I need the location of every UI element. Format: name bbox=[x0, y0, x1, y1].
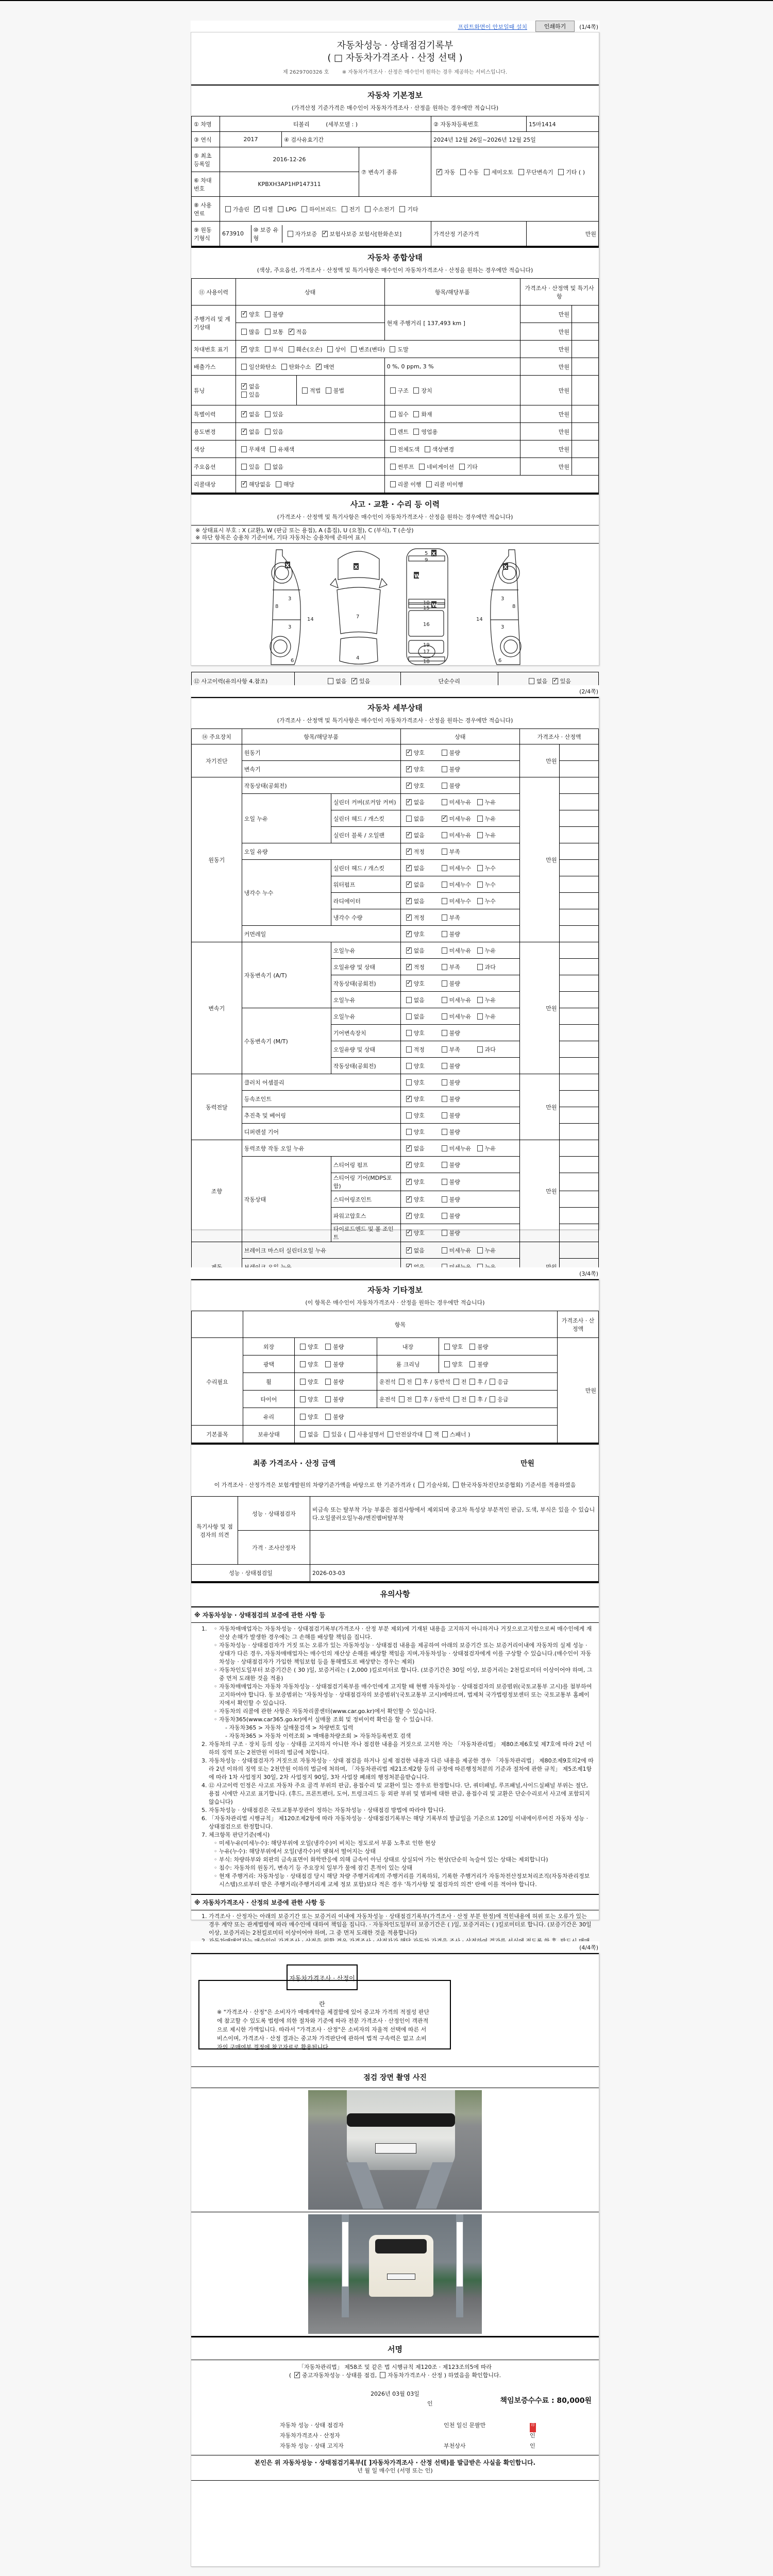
cell bbox=[559, 860, 599, 876]
checkbox[interactable] bbox=[442, 799, 447, 805]
cell: 기어변속장치 bbox=[331, 1025, 400, 1041]
checkbox[interactable] bbox=[322, 231, 328, 237]
checkbox[interactable] bbox=[413, 411, 419, 417]
checkbox[interactable] bbox=[278, 206, 283, 212]
checkbox[interactable] bbox=[406, 766, 412, 772]
checkbox[interactable] bbox=[469, 1396, 475, 1402]
checkbox[interactable] bbox=[325, 1344, 331, 1350]
checkbox[interactable] bbox=[425, 446, 430, 452]
option-label: 없음 bbox=[273, 464, 283, 470]
checkbox[interactable] bbox=[241, 383, 247, 389]
checkbox[interactable] bbox=[477, 832, 483, 838]
option-label: 없음 bbox=[414, 798, 439, 806]
checkbox[interactable] bbox=[477, 816, 483, 822]
checkbox[interactable] bbox=[442, 1046, 447, 1053]
checkbox[interactable] bbox=[406, 980, 412, 987]
checkbox[interactable] bbox=[406, 1179, 412, 1185]
warranty-fee: 책임보증수수료 : 80,000원 bbox=[500, 2395, 592, 2405]
option-label: 자동 bbox=[444, 169, 455, 176]
cell: 만원 bbox=[520, 777, 559, 942]
cell: 침수 화재 bbox=[384, 405, 520, 423]
checkbox[interactable] bbox=[406, 1046, 412, 1053]
checkbox[interactable] bbox=[300, 1431, 306, 1437]
checkbox[interactable] bbox=[406, 1096, 412, 1102]
option-label: 수동 bbox=[468, 169, 479, 176]
option-label: 없음 bbox=[414, 880, 439, 889]
checkbox[interactable] bbox=[328, 678, 333, 684]
cell: ⑧ 사용 연료 bbox=[192, 197, 220, 222]
checkbox[interactable] bbox=[300, 1396, 306, 1402]
checkbox[interactable] bbox=[442, 1213, 447, 1219]
cell bbox=[572, 323, 599, 341]
checkbox[interactable] bbox=[390, 346, 395, 352]
checkbox[interactable] bbox=[442, 832, 447, 838]
checkbox[interactable] bbox=[442, 1030, 447, 1036]
checkbox[interactable] bbox=[442, 1431, 448, 1437]
cell bbox=[559, 794, 599, 810]
cell: 추진축 및 베어링 bbox=[242, 1107, 400, 1124]
checkbox[interactable] bbox=[415, 1396, 421, 1402]
checkbox[interactable] bbox=[265, 464, 271, 470]
checkbox[interactable] bbox=[477, 898, 483, 904]
cell bbox=[559, 1008, 599, 1025]
checkbox[interactable] bbox=[406, 799, 412, 805]
notice-bullet: 현재 주행거리: 자동차성능 · 상태점검 당시 해당 차량 주행거리계의 주행… bbox=[219, 1872, 594, 1889]
checkbox[interactable] bbox=[453, 1396, 459, 1402]
section-note: (색상, 주요옵션, 가격조사 · 산정액 및 특기사항은 매수인이 자동차가격… bbox=[191, 263, 599, 278]
checkbox[interactable] bbox=[469, 1379, 475, 1385]
checkbox[interactable] bbox=[406, 849, 412, 855]
checkbox[interactable] bbox=[225, 206, 231, 212]
cell: 가격산정 기준가격 bbox=[431, 222, 527, 246]
cell: ④ 검사유효기간 bbox=[282, 132, 431, 147]
confirm-paren: ( bbox=[289, 2372, 291, 2379]
checkbox[interactable] bbox=[254, 206, 260, 212]
cell: 있음 없음 bbox=[236, 458, 385, 476]
checkbox[interactable] bbox=[413, 387, 419, 394]
cell: 오일유량 및 상태 bbox=[331, 1041, 400, 1058]
checkbox[interactable] bbox=[406, 898, 412, 904]
checkbox[interactable] bbox=[529, 678, 534, 684]
option-label: 있음 bbox=[359, 678, 370, 685]
checkbox[interactable] bbox=[289, 329, 294, 335]
checkbox[interactable] bbox=[442, 914, 447, 921]
checkbox[interactable] bbox=[442, 1063, 447, 1069]
checkbox[interactable] bbox=[406, 1230, 412, 1236]
cell: 양호 불량 bbox=[295, 1373, 377, 1391]
cell: 변속기 bbox=[192, 942, 242, 1074]
checkbox[interactable] bbox=[399, 1379, 405, 1385]
checkbox[interactable] bbox=[442, 865, 447, 871]
option-label: 불량 bbox=[449, 979, 474, 988]
checkbox[interactable] bbox=[442, 783, 447, 789]
cell: 항목/해당부품 bbox=[384, 279, 520, 306]
checkbox[interactable] bbox=[265, 429, 271, 435]
option-label: 양호 bbox=[414, 1095, 439, 1103]
seal-mark: 인 bbox=[427, 2399, 433, 2408]
checkbox[interactable] bbox=[351, 346, 357, 352]
checkbox[interactable] bbox=[288, 231, 293, 237]
option-label: 리콜 이행 bbox=[398, 481, 422, 488]
svg-text:19: 19 bbox=[423, 642, 430, 648]
checkbox[interactable] bbox=[469, 1344, 475, 1350]
checkbox[interactable] bbox=[406, 1213, 412, 1219]
checkbox[interactable] bbox=[490, 1379, 495, 1385]
print-help-link[interactable]: 프린트화면이 안보일때 설치 bbox=[458, 23, 527, 31]
section-title: 자동차 세부상태 bbox=[191, 698, 599, 713]
confirm-inspection-checkbox[interactable] bbox=[294, 2372, 300, 2378]
option-label: 누유 bbox=[485, 815, 510, 823]
checkbox[interactable] bbox=[442, 1196, 447, 1202]
checkbox[interactable] bbox=[406, 1079, 412, 1086]
option-label: 불량 bbox=[449, 1212, 474, 1220]
cell: 오일 누유 bbox=[242, 794, 331, 843]
option-label: 양호 bbox=[414, 1229, 439, 1237]
checkbox[interactable] bbox=[419, 464, 425, 470]
checkbox[interactable] bbox=[406, 1063, 412, 1069]
doc-number-line: 제 2629700326 호 ※ 자동차가격조사 · 산정은 매수인이 원하는 … bbox=[191, 64, 599, 84]
checkbox[interactable] bbox=[442, 1145, 447, 1151]
checkbox[interactable] bbox=[406, 882, 412, 888]
checkbox[interactable] bbox=[300, 1414, 306, 1420]
notice-item: 「자동차관리법 시행규칙」 제120조제2항에 따라 자동차성능 · 상태점검기… bbox=[209, 1815, 594, 1831]
photo-frame bbox=[191, 2088, 599, 2212]
checkbox[interactable] bbox=[442, 1129, 447, 1135]
cell: 파워고압호스 bbox=[331, 1208, 400, 1224]
svg-text:15: 15 bbox=[423, 605, 430, 611]
page-3: 자동차 기타정보 (이 항목은 매수인이 자동차가격조사 · 산정을 원하는 경… bbox=[191, 1279, 599, 1920]
checkbox[interactable] bbox=[415, 1379, 421, 1385]
page-number: (1/4쪽) bbox=[579, 23, 598, 31]
option-label: 세미오토 bbox=[492, 169, 514, 176]
checkbox[interactable] bbox=[406, 816, 412, 822]
notice-bullet: 자동차의 리콜에 관한 사항은 자동차리콜센터(www.car.go.kr)에서… bbox=[219, 1707, 594, 1716]
basis-checkbox-2[interactable] bbox=[453, 1482, 459, 1488]
option-label: 불량 bbox=[449, 930, 474, 938]
option-label: 없음 bbox=[536, 678, 547, 685]
checkbox[interactable] bbox=[406, 832, 412, 838]
cell: 없음 있음 bbox=[236, 423, 385, 440]
cell: 양호 불량 bbox=[295, 1355, 377, 1373]
checkbox[interactable] bbox=[406, 931, 412, 937]
cell bbox=[572, 440, 599, 458]
checkbox[interactable] bbox=[442, 1112, 447, 1118]
checkbox[interactable] bbox=[406, 1145, 412, 1151]
notice-bullet: 자동차365(www.car365.go.kr)에서 실매물 조회 및 정비이력… bbox=[219, 1716, 594, 1724]
confirm-opt1: 중고자동차성능 · 상태를 점검, bbox=[302, 2372, 377, 2379]
cell: 동력조향 작동 오일 누유 bbox=[242, 1140, 400, 1157]
option-label: 변조(변타) bbox=[359, 346, 385, 353]
option-label: 미세누수 bbox=[449, 880, 474, 889]
checkbox[interactable] bbox=[442, 766, 447, 772]
checkbox[interactable] bbox=[388, 1431, 393, 1437]
cell: 가격조사 · 산정액 및 특기사항 bbox=[520, 279, 599, 306]
cell bbox=[572, 405, 599, 423]
doc-note: ※ 자동차가격조사 · 산정은 매수인이 원하는 경우 제공하는 서비스입니다. bbox=[342, 70, 507, 75]
checkbox[interactable] bbox=[399, 206, 405, 212]
notice-bullet: 부식: 차량하부와 외판의 금속표면이 화학반응에 의해 금속이 아닌 상태로 … bbox=[219, 1856, 594, 1864]
checkbox[interactable] bbox=[325, 1396, 331, 1402]
checkbox[interactable] bbox=[241, 464, 247, 470]
checkbox[interactable] bbox=[390, 481, 396, 487]
cell: 양호불량 bbox=[400, 744, 519, 761]
final-price-section: 최종 가격조사 · 산정 금액 만원 이 가격조사 · 산정가격은 보험개발원의… bbox=[191, 1443, 599, 1496]
checkbox[interactable] bbox=[265, 411, 271, 417]
checkbox[interactable] bbox=[442, 816, 447, 822]
option-label: 불량 bbox=[449, 1029, 474, 1037]
photos-title: 점검 장면 촬영 사진 bbox=[191, 2066, 599, 2088]
checkbox[interactable] bbox=[390, 411, 396, 417]
checkbox[interactable] bbox=[300, 1344, 306, 1350]
inspection-photos bbox=[191, 2088, 599, 2336]
checkbox[interactable] bbox=[442, 947, 447, 954]
checkbox[interactable] bbox=[326, 387, 331, 394]
checkbox[interactable] bbox=[265, 346, 271, 352]
checkbox[interactable] bbox=[518, 169, 524, 175]
checkbox[interactable] bbox=[241, 446, 247, 452]
signer-role: 자동차 성능 · 상태 고지자 bbox=[280, 2442, 344, 2450]
checkbox[interactable] bbox=[442, 1179, 447, 1185]
signer-row: 자동차가격조사 · 산정자 인 bbox=[191, 2431, 599, 2442]
cell bbox=[559, 1140, 599, 1157]
confirm-appraisal-checkbox[interactable] bbox=[380, 2372, 385, 2378]
cell: 현재 주행거리 [ 137,493 km ] bbox=[384, 306, 520, 341]
checkbox[interactable] bbox=[325, 1361, 331, 1367]
checkbox[interactable] bbox=[241, 429, 247, 435]
checkbox[interactable] bbox=[289, 346, 294, 352]
checkbox[interactable] bbox=[351, 678, 357, 684]
cell bbox=[559, 1041, 599, 1058]
checkbox[interactable] bbox=[241, 392, 247, 398]
checkbox[interactable] bbox=[241, 329, 247, 335]
option-label: 불량 bbox=[449, 1078, 474, 1087]
checkbox[interactable] bbox=[442, 931, 447, 937]
checkbox[interactable] bbox=[426, 1431, 431, 1437]
section-note: (이 항목은 매수인이 자동차가격조사 · 산정을 원하는 경우에만 적습니다) bbox=[191, 1295, 599, 1311]
checkbox[interactable] bbox=[406, 1112, 412, 1118]
cell: 없음미세누유누유 bbox=[400, 794, 519, 810]
checkbox[interactable] bbox=[241, 481, 247, 487]
checkbox[interactable] bbox=[477, 799, 483, 805]
checkbox[interactable] bbox=[365, 206, 371, 212]
cell bbox=[559, 1173, 599, 1191]
cell: 클러치 어셈블리 bbox=[242, 1074, 400, 1091]
banner-right bbox=[457, 2222, 463, 2286]
cell: 실린더 헤드 / 개스킷 bbox=[331, 860, 400, 876]
checkbox[interactable] bbox=[265, 311, 271, 317]
checkbox[interactable] bbox=[241, 311, 247, 317]
checkbox[interactable] bbox=[324, 1431, 329, 1437]
checkbox[interactable] bbox=[442, 898, 447, 904]
checkbox[interactable] bbox=[442, 964, 447, 970]
checkbox[interactable] bbox=[241, 364, 247, 370]
checkbox[interactable] bbox=[390, 429, 396, 435]
cell: 티볼리 (세부모델 : ) bbox=[220, 116, 431, 132]
cell: 타이로드엔드 및 볼 조인트 bbox=[331, 1224, 400, 1242]
checkbox[interactable] bbox=[477, 1013, 483, 1020]
checkbox[interactable] bbox=[406, 1162, 412, 1168]
option-label: 없음 bbox=[414, 1144, 439, 1153]
checkbox[interactable] bbox=[459, 464, 465, 470]
option-label: 양호 bbox=[414, 1178, 439, 1186]
option-label: 미세누유 bbox=[449, 946, 474, 955]
cell: 스티어링 기어(MDPS포함) bbox=[331, 1173, 400, 1191]
checkbox[interactable] bbox=[460, 169, 466, 175]
cell bbox=[559, 744, 599, 761]
checkbox[interactable] bbox=[477, 964, 483, 970]
cell: 렌트 영업용 bbox=[384, 423, 520, 440]
checkbox[interactable] bbox=[442, 1247, 447, 1253]
checkbox[interactable] bbox=[442, 849, 447, 855]
checkbox[interactable] bbox=[406, 783, 412, 789]
checkbox[interactable] bbox=[444, 1344, 450, 1350]
checkbox[interactable] bbox=[406, 964, 412, 970]
checkbox[interactable] bbox=[390, 387, 396, 394]
cell: 가격조사 · 산정액 bbox=[520, 729, 599, 744]
checkbox[interactable] bbox=[490, 1396, 495, 1402]
checkbox[interactable] bbox=[406, 1129, 412, 1135]
checkbox[interactable] bbox=[265, 329, 271, 335]
checkbox[interactable] bbox=[442, 1079, 447, 1086]
checkbox[interactable] bbox=[325, 1379, 331, 1385]
checkbox[interactable] bbox=[453, 1379, 459, 1385]
photo-frame bbox=[191, 2212, 599, 2336]
option-label: 없음 bbox=[249, 429, 260, 435]
checkbox[interactable] bbox=[477, 997, 483, 1003]
checkbox[interactable] bbox=[406, 1247, 412, 1253]
notice-item: ⑫ 사고이력 인정은 사고로 자동차 주요 골격 부위의 판금, 용접수리 및 … bbox=[209, 1782, 594, 1806]
svg-text:X: X bbox=[354, 565, 358, 570]
appraiser-opinion bbox=[310, 1531, 599, 1565]
cell: 없음미세누수누수 bbox=[400, 876, 519, 893]
checkbox[interactable] bbox=[442, 750, 447, 756]
checkbox[interactable] bbox=[406, 1013, 412, 1020]
cell: 작동상태(공회전) bbox=[331, 1058, 400, 1074]
legend-line: ※ 하단 항목은 승용차 기준이며, 기타 자동차는 승용차에 준하여 표시 bbox=[195, 534, 595, 541]
cell bbox=[572, 341, 599, 358]
checkbox[interactable] bbox=[442, 1230, 447, 1236]
option-label: 미세누유 bbox=[449, 1144, 474, 1153]
page-3-bar: (3/4쪽) bbox=[191, 1267, 599, 1279]
checkbox[interactable] bbox=[436, 169, 442, 175]
cell: 리콜 이행 리콜 미이행 bbox=[384, 476, 598, 493]
option-label: 화재 bbox=[421, 411, 432, 418]
checkbox[interactable] bbox=[302, 387, 308, 394]
option-label: 양호 bbox=[414, 1161, 439, 1169]
checkbox[interactable] bbox=[390, 464, 396, 470]
option-label: 썬루프 bbox=[398, 464, 414, 470]
cell: 광택 bbox=[243, 1355, 295, 1373]
print-button[interactable]: 인쇄하기 bbox=[535, 21, 575, 32]
checkbox[interactable] bbox=[477, 1046, 483, 1053]
signer-seal: 인 bbox=[530, 2442, 535, 2450]
notice-item: 자동차의 구조 · 장치 등의 성능 · 상태를 고지하지 아니한 자나 점검한… bbox=[209, 1740, 594, 1757]
signers-list: 자동차 성능 · 상태 점검자 인천 일신 문팔만 印 자동차가격조사 · 산정… bbox=[191, 2421, 599, 2452]
cell: 타이어 bbox=[243, 1391, 295, 1408]
checkbox[interactable] bbox=[442, 980, 447, 987]
checkbox[interactable] bbox=[327, 346, 333, 352]
checkbox[interactable] bbox=[406, 1030, 412, 1036]
checkbox[interactable] bbox=[406, 914, 412, 921]
cell: 양호 불량 bbox=[295, 1391, 377, 1408]
checkbox[interactable] bbox=[442, 882, 447, 888]
checkbox[interactable] bbox=[442, 1162, 447, 1168]
page-1-bar: 프린트화면이 안보일때 설치 인쇄하기 (1/4쪽) bbox=[191, 21, 599, 32]
option-label: 불량 bbox=[449, 1229, 474, 1237]
checkbox[interactable] bbox=[270, 446, 276, 452]
checkbox[interactable] bbox=[342, 206, 347, 212]
cell bbox=[559, 1107, 599, 1124]
checkbox[interactable] bbox=[444, 1361, 450, 1367]
cell: 많음 보통 적음 bbox=[236, 323, 385, 341]
checkbox[interactable] bbox=[413, 429, 419, 435]
cell: 커먼레일 bbox=[242, 926, 400, 942]
cell: 673910⑩ 보증 유형자가보증 보험사보증 보험사[한화손보] bbox=[220, 222, 431, 246]
checkbox[interactable] bbox=[349, 1431, 355, 1437]
option-label: 없음 bbox=[335, 678, 346, 685]
checkbox[interactable] bbox=[406, 947, 412, 954]
cell: 양호불량 bbox=[400, 1124, 519, 1140]
cell bbox=[559, 1157, 599, 1173]
option-label: 누유 bbox=[485, 996, 510, 1004]
checkbox[interactable] bbox=[484, 169, 490, 175]
svg-text:14: 14 bbox=[307, 617, 314, 622]
checkbox[interactable] bbox=[552, 678, 558, 684]
cell: 없음미세누유누유 bbox=[400, 810, 519, 827]
checkbox[interactable] bbox=[406, 865, 412, 871]
checkbox[interactable] bbox=[406, 997, 412, 1003]
notice-bullet: 침수: 자동차의 원동기, 변속기 등 주요장치 일부가 물에 잠긴 흔적이 있… bbox=[219, 1864, 594, 1872]
checkbox[interactable] bbox=[300, 1361, 306, 1367]
svg-text:X: X bbox=[503, 565, 508, 570]
checkbox[interactable] bbox=[477, 1247, 483, 1253]
checkbox[interactable] bbox=[477, 882, 483, 888]
checkbox[interactable] bbox=[276, 481, 281, 487]
checkbox[interactable] bbox=[477, 865, 483, 871]
cell: 없음미세누유누유 bbox=[400, 827, 519, 843]
checkbox[interactable] bbox=[406, 750, 412, 756]
checkbox[interactable] bbox=[442, 1096, 447, 1102]
confirm-opt2: 자동차가격조사 · 산정 ) 하였음을 확인합니다. bbox=[388, 2372, 501, 2379]
cell: 적정부족과다 bbox=[400, 959, 519, 975]
checkbox[interactable] bbox=[477, 947, 483, 954]
checkbox[interactable] bbox=[426, 481, 432, 487]
cell bbox=[559, 926, 599, 942]
checkbox[interactable] bbox=[325, 1414, 331, 1420]
checkbox[interactable] bbox=[281, 364, 287, 370]
checkbox[interactable] bbox=[442, 1013, 447, 1020]
checkbox[interactable] bbox=[406, 1196, 412, 1202]
cell: 없음미세누유누유 bbox=[400, 1140, 519, 1157]
checkbox[interactable] bbox=[477, 1145, 483, 1151]
option-label: 양호 bbox=[414, 930, 439, 938]
cell: 리콜대상 bbox=[192, 476, 236, 493]
opinion-label: 특기사항 및 점검자의 의견 bbox=[192, 1497, 238, 1565]
checkbox[interactable] bbox=[399, 1396, 405, 1402]
checkbox[interactable] bbox=[241, 346, 247, 352]
checkbox[interactable] bbox=[300, 1379, 306, 1385]
checkbox[interactable] bbox=[558, 169, 564, 175]
checkbox[interactable] bbox=[469, 1361, 475, 1367]
checkbox[interactable] bbox=[316, 364, 322, 370]
option-label: 무단변속기 bbox=[526, 169, 553, 176]
checkbox[interactable] bbox=[390, 446, 396, 452]
checkbox[interactable] bbox=[442, 997, 447, 1003]
cell bbox=[559, 1124, 599, 1140]
checkbox[interactable] bbox=[301, 206, 307, 212]
checkbox[interactable] bbox=[241, 411, 247, 417]
basis-checkbox-1[interactable] bbox=[418, 1482, 424, 1488]
